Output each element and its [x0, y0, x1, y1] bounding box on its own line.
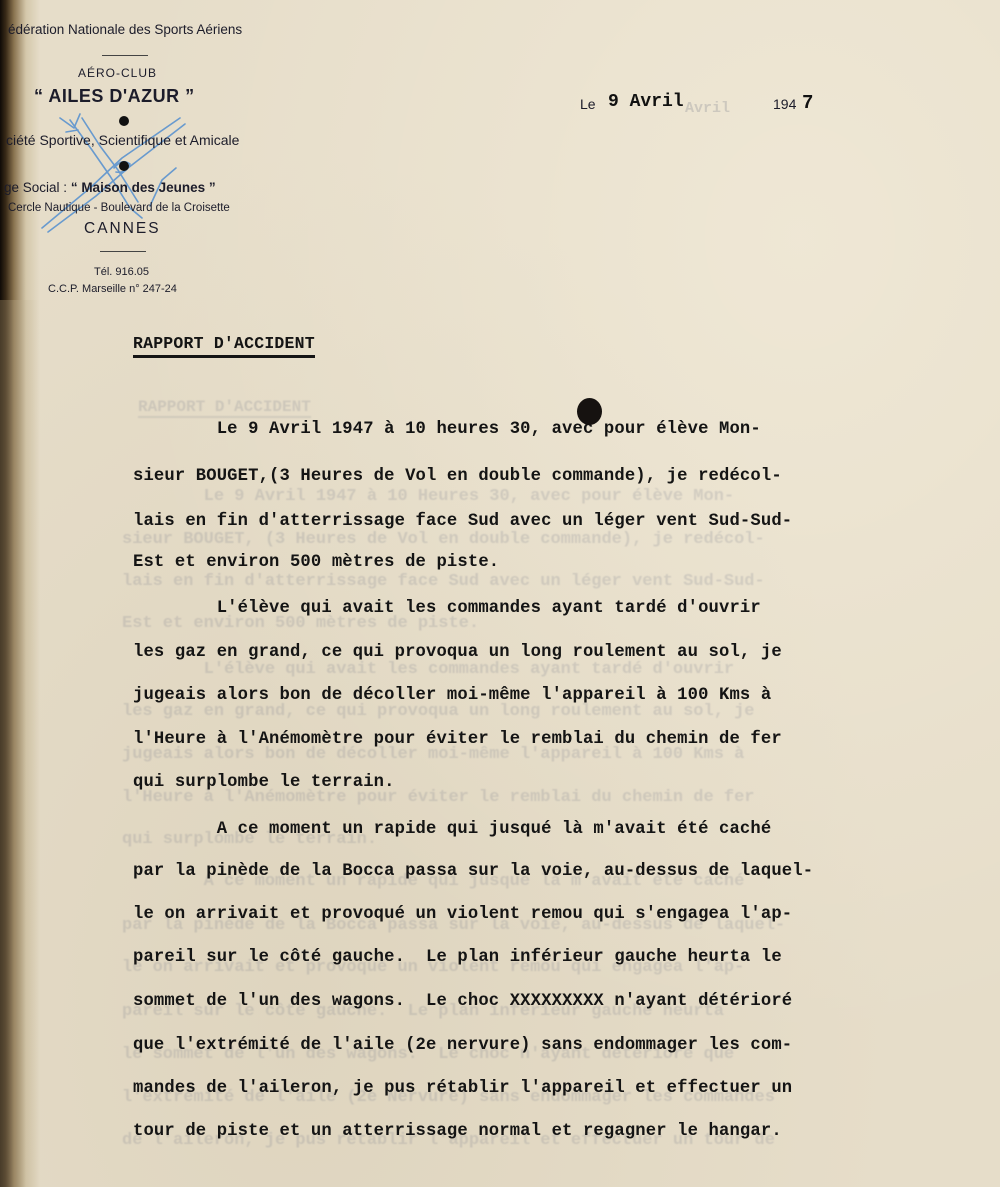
page-binding-shadow-lower [0, 300, 40, 1187]
telephone: Tél. 916.05 [94, 266, 149, 278]
address: Cercle Nautique - Boulevard de la Croise… [8, 202, 230, 214]
divider [102, 55, 148, 56]
society-description: ciété Sportive, Scientifique et Amicale [6, 132, 239, 148]
date-year-prefix: 194 [773, 96, 796, 112]
document-line: Est et environ 500 mètres de piste. [133, 553, 499, 572]
date-day-month: 9 Avril [608, 92, 684, 112]
bleed-through-line: sieur BOUGET, (3 Heures de Vol en double… [122, 530, 765, 549]
date-prefix: Le [580, 96, 596, 112]
document-line: jugeais alors bon de décoller moi-même l… [133, 686, 771, 705]
document-line: tour de piste et un atterrissage normal … [133, 1122, 782, 1141]
document-line: mandes de l'aileron, je pus rétablir l'a… [133, 1079, 792, 1098]
registered-office: ge Social : “ Maison des Jeunes ” [4, 180, 216, 195]
divider [100, 251, 146, 252]
date-line: Avril Le 9 Avril 194 7 [580, 92, 880, 116]
bleed-through-title: RAPPORT D'ACCIDENT [138, 398, 311, 418]
document-line: sommet de l'un des wagons. Le choc XXXXX… [133, 992, 792, 1011]
date-year-digit: 7 [802, 92, 813, 114]
club-label: AÉRO-CLUB [78, 66, 157, 80]
ink-blot [577, 398, 602, 425]
document-line: lais en fin d'atterrissage face Sud avec… [133, 512, 792, 531]
seat-label: ge Social : [4, 180, 67, 195]
document-line: L'élève qui avait les commandes ayant ta… [133, 599, 761, 618]
document-line: l'Heure à l'Anémomètre pour éviter le re… [133, 730, 782, 749]
document-line: sieur BOUGET,(3 Heures de Vol en double … [133, 467, 782, 486]
document-line: les gaz en grand, ce qui provoqua un lon… [133, 643, 782, 662]
bleed-through-line: L'élève qui avait les commandes ayant ta… [122, 660, 734, 679]
document-line: Le 9 Avril 1947 à 10 heures 30, avec pou… [133, 420, 761, 439]
postal-account: C.C.P. Marseille n° 247-24 [48, 283, 177, 295]
bleed-through-line: Le 9 Avril 1947 à 10 Heures 30, avec pou… [122, 487, 734, 506]
bullet-dot-icon [119, 161, 129, 171]
date-bleed-through: Avril [685, 100, 730, 117]
bleed-through-line: lais en fin d'atterrissage face Sud avec… [122, 572, 765, 591]
document-line: le on arrivait et provoqué un violent re… [133, 905, 792, 924]
letterhead: édération Nationale des Sports Aériens A… [0, 0, 290, 300]
city: CANNES [84, 220, 161, 238]
bullet-dot-icon [119, 116, 129, 126]
document-line: que l'extrémité de l'aile (2e nervure) s… [133, 1036, 792, 1055]
seat-name: “ Maison des Jeunes ” [71, 180, 216, 195]
document-line: A ce moment un rapide qui jusqué là m'av… [133, 820, 771, 839]
document-title: RAPPORT D'ACCIDENT [133, 334, 315, 358]
document-line: qui surplombe le terrain. [133, 773, 395, 792]
federation-name: édération Nationale des Sports Aériens [8, 22, 242, 37]
document-line: pareil sur le côté gauche. Le plan infér… [133, 948, 782, 967]
club-name: “ AILES D'AZUR ” [34, 86, 195, 107]
document-line: par la pinède de la Bocca passa sur la v… [133, 862, 813, 881]
